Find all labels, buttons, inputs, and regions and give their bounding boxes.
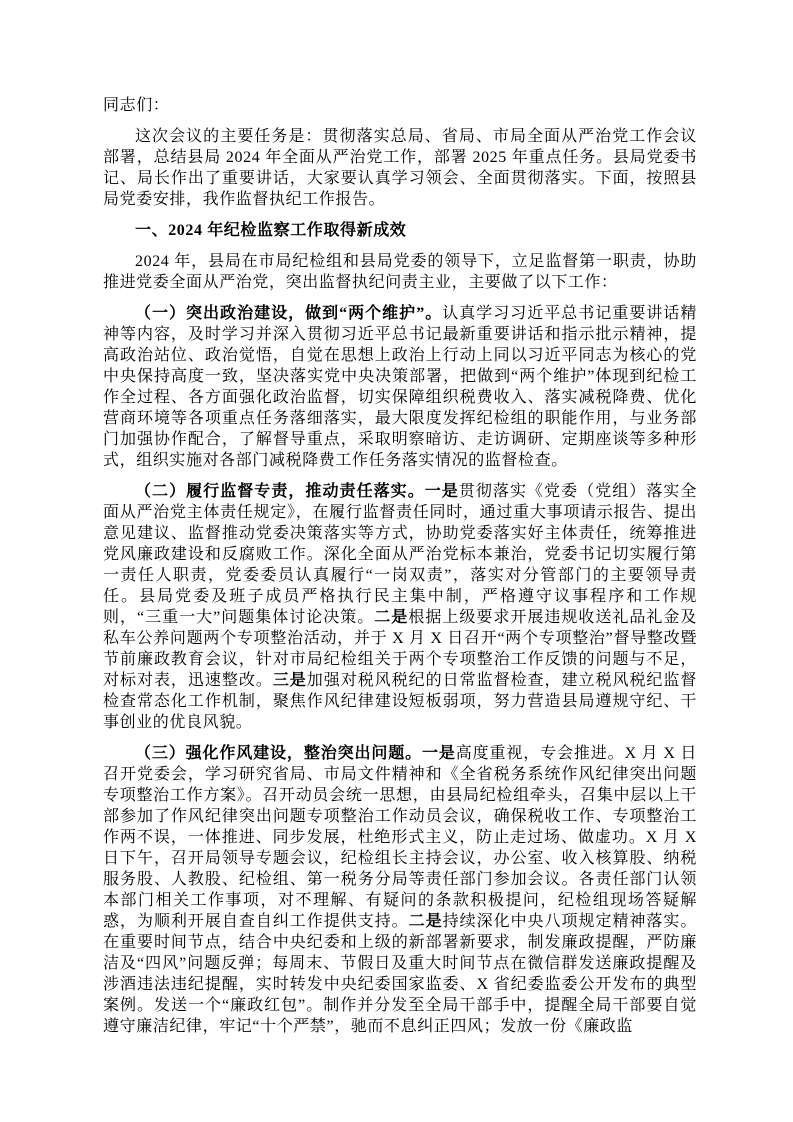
subsection-3-point-1-label: 一是	[422, 745, 456, 762]
salutation: 同志们：	[103, 95, 697, 116]
subsection-2-point-3-label: 三是	[273, 672, 307, 689]
subsection-2-lead: （二）履行监督专责，推动责任落实。	[135, 483, 425, 500]
intro-paragraph: 这次会议的主要任务是：贯彻落实总局、省局、市局全面从严治党工作会议部署，总结县局…	[103, 126, 697, 210]
subsection-2-point-2-label: 二是	[374, 609, 408, 626]
subsection-2-paragraph: （二）履行监督专责，推动责任落实。一是贯彻落实《党委（党组）落实全面从严治党主体…	[103, 481, 697, 733]
document-page: 同志们： 这次会议的主要任务是：贯彻落实总局、省局、市局全面从严治党工作会议部署…	[0, 0, 793, 1122]
section-1-intro: 2024 年，县局在市局纪检组和县局党委的领导下，立足监督第一职责，协助推进党委…	[103, 251, 697, 293]
subsection-1-body: 认真学习习近平总书记重要讲话精神等内容，及时学习并深入贯彻习近平总书记最新重要讲…	[103, 305, 697, 469]
subsection-3-point-2-label: 二是	[409, 913, 443, 930]
subsection-2-point-1-label: 一是	[425, 483, 459, 500]
section-1-heading: 一、2024 年纪检监察工作取得新成效	[103, 220, 697, 241]
document-content: 同志们： 这次会议的主要任务是：贯彻落实总局、省局、市局全面从严治党工作会议部署…	[103, 95, 697, 1047]
subsection-3-point-2-text: 持续深化中央八项规定精神落实。在重要时间节点，结合中央纪委和上级的新部署新要求，…	[103, 913, 697, 1035]
subsection-3-point-1-text: 高度重视，专会推进。X 月 X 日召开党委会，学习研究省局、市局文件精神和《全省…	[103, 745, 697, 930]
subsection-1-lead: （一）突出政治建设，做到“两个维护”。	[135, 305, 442, 322]
subsection-1-paragraph: （一）突出政治建设，做到“两个维护”。认真学习习近平总书记重要讲话精神等内容，及…	[103, 303, 697, 471]
subsection-3-paragraph: （三）强化作风建设，整治突出问题。一是高度重视，专会推进。X 月 X 日召开党委…	[103, 743, 697, 1037]
subsection-2-point-1-text: 贯彻落实《党委（党组）落实全面从严治党主体责任规定》，在履行监督责任同时，通过重…	[103, 483, 697, 626]
subsection-3-lead: （三）强化作风建设，整治突出问题。	[135, 745, 422, 762]
